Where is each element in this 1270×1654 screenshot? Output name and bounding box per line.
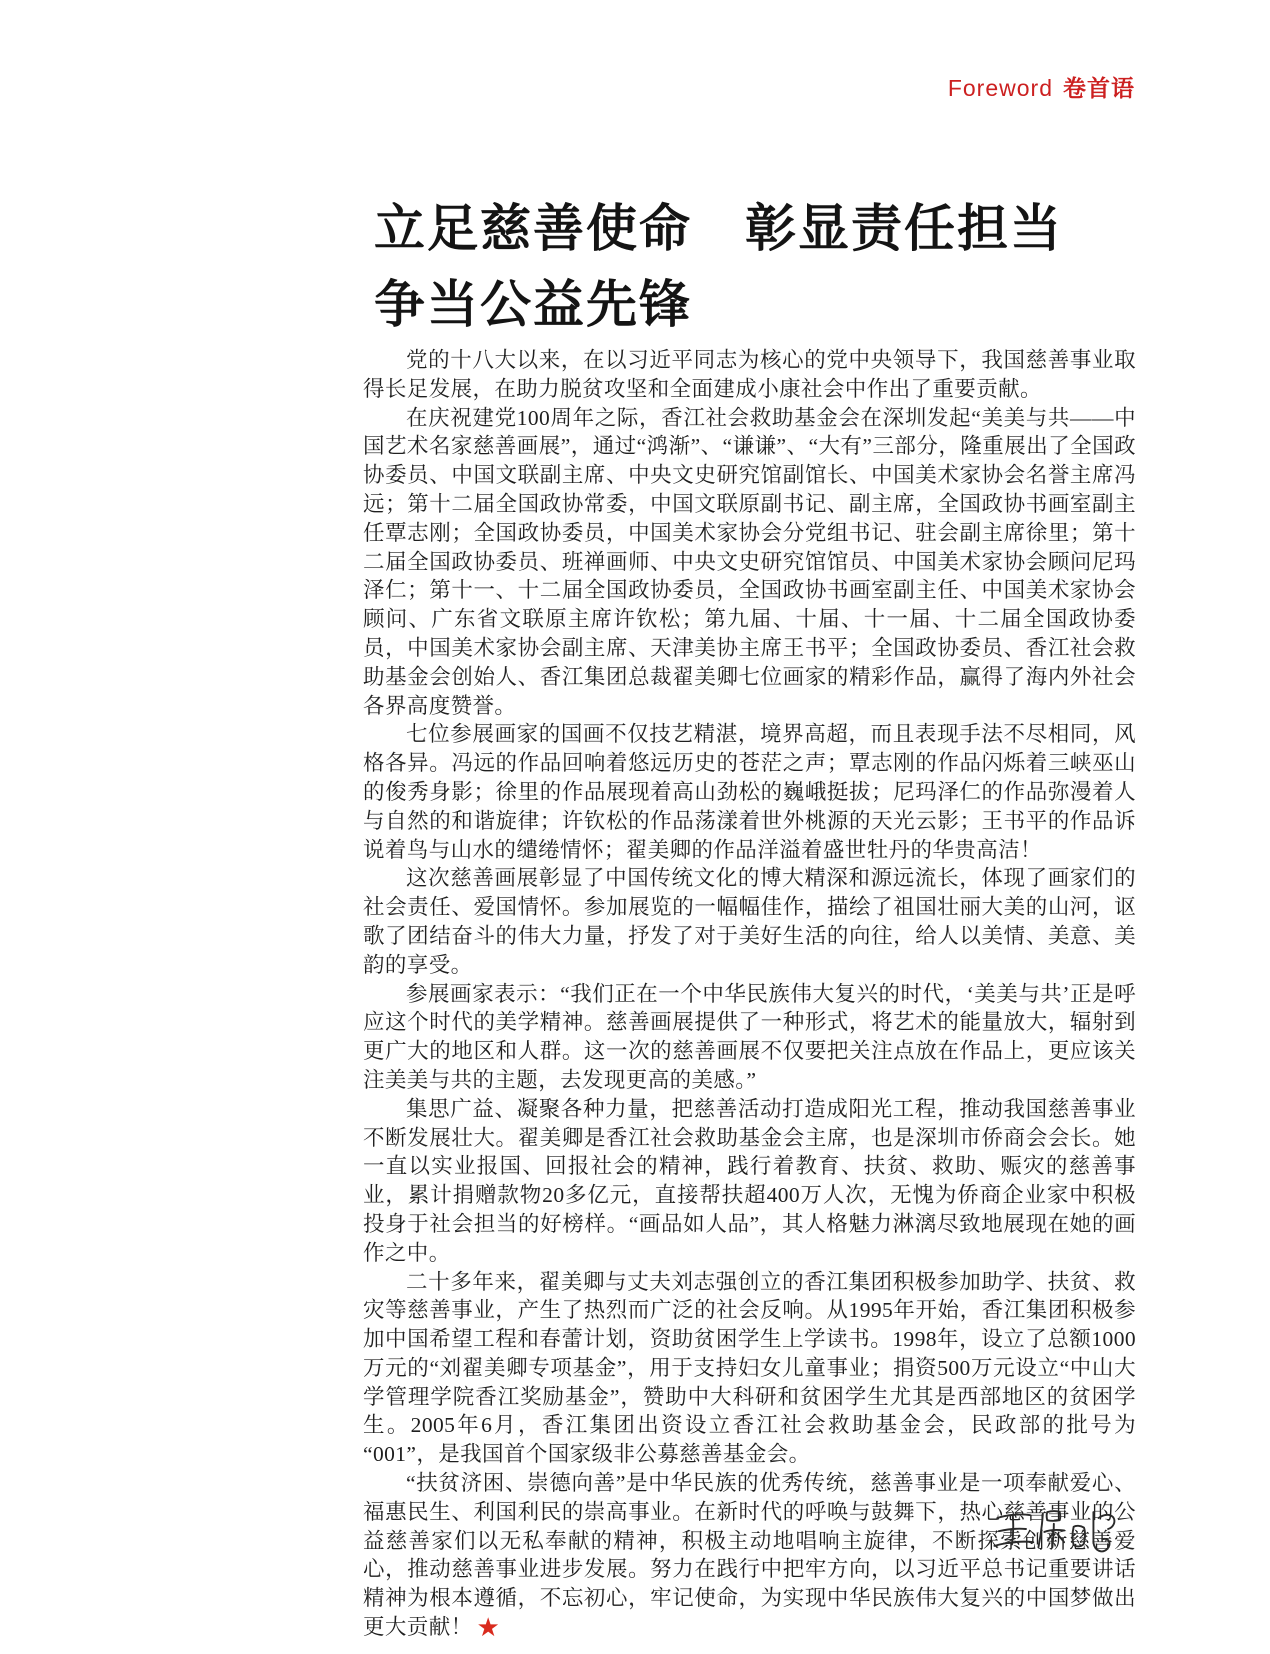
article-title: 立足慈善使命 彰显责任担当 争当公益先锋 <box>374 192 1154 344</box>
article-body: 党的十八大以来，在以习近平同志为核心的党中央领导下，我国慈善事业取得长足发展，在… <box>363 346 1136 1642</box>
foreword-chinese-label: 卷首语 <box>1063 75 1135 101</box>
paragraph-4: 这次慈善画展彰显了中国传统文化的博大精深和源远流长，体现了画家们的社会责任、爱国… <box>363 864 1136 979</box>
foreword-english-label: Foreword <box>948 75 1053 101</box>
paragraph-1: 党的十八大以来，在以习近平同志为核心的党中央领导下，我国慈善事业取得长足发展，在… <box>363 346 1136 404</box>
article-title-line2: 争当公益先锋 <box>374 278 692 334</box>
paragraph-2: 在庆祝建党100周年之际，香江社会救助基金会在深圳发起“美美与共——中国艺术名家… <box>363 404 1136 721</box>
handwritten-signature <box>985 1496 1130 1562</box>
paragraph-3: 七位参展画家的国画不仅技艺精湛，境界高超，而且表现手法不尽相同，风格各异。冯远的… <box>363 720 1136 864</box>
signature-strokes <box>985 1496 1130 1562</box>
foreword-page: Foreword卷首语 立足慈善使命 彰显责任担当 争当公益先锋 党的十八大以来… <box>0 0 1270 1654</box>
page-header-label: Foreword卷首语 <box>948 70 1135 103</box>
end-star-icon: ★ <box>477 1613 501 1643</box>
paragraph-6: 集思广益、凝聚各种力量，把慈善活动打造成阳光工程，推动我国慈善事业不断发展壮大。… <box>363 1095 1136 1268</box>
article-title-line1: 立足慈善使命 彰显责任担当 <box>374 202 1063 258</box>
paragraph-7: 二十多年来，翟美卿与丈夫刘志强创立的香江集团积极参加助学、扶贫、救灾等慈善事业，… <box>363 1268 1136 1470</box>
paragraph-5: 参展画家表示：“我们正在一个中华民族伟大复兴的时代，‘美美与共’正是呼应这个时代… <box>363 980 1136 1095</box>
